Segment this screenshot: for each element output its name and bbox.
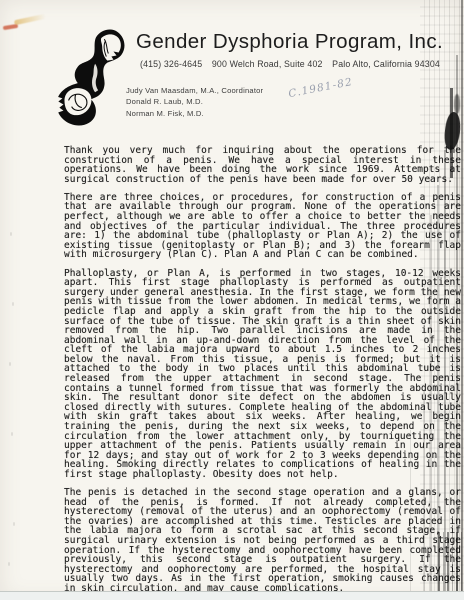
scanned-letter-page: Gender Dysphoria Program, Inc. (415) 326… (0, 0, 464, 600)
paragraph: Phalloplasty, or Plan A, is performed in… (64, 269, 461, 480)
scanner-bed-edge (0, 591, 464, 600)
paper-speck (10, 232, 12, 236)
phone-number: (415) 326-4645 (140, 59, 202, 69)
paragraph: The penis is detached in the second stag… (64, 488, 461, 594)
paper-speck (13, 522, 15, 526)
scan-streak (410, 430, 411, 600)
ink-blob-mark (454, 94, 460, 114)
scan-streak (461, 0, 463, 600)
yellow-crayon-mark (14, 14, 46, 26)
staff-member: Norman M. Fisk, M.D. (126, 108, 263, 119)
handwritten-date-annotation: C.1981-82 (287, 76, 354, 100)
staff-list: Judy Van Maasdam, M.A., Coordinator Dona… (126, 85, 263, 119)
letter-body: Thank you very much for inquiring about … (64, 146, 461, 600)
street-address: 900 Welch Road, Suite 402 (212, 59, 323, 69)
staff-member: Judy Van Maasdam, M.A., Coordinator (126, 85, 263, 96)
scan-streak-cluster (438, 532, 462, 594)
organization-name: Gender Dysphoria Program, Inc. (136, 30, 462, 54)
paper-speck (11, 432, 13, 436)
paper-speck (12, 302, 14, 306)
scan-streak (423, 390, 425, 600)
paper-speck (9, 362, 11, 366)
address-line: (415) 326-4645 900 Welch Road, Suite 402… (140, 59, 460, 69)
staff-member: Donald R. Laub, M.D. (126, 96, 263, 107)
abstract-two-profiles-logo-icon (54, 29, 126, 128)
scan-streak (430, 215, 432, 600)
paragraph: There are three choices, or procedures, … (64, 193, 461, 260)
paragraph: Thank you very much for inquiring about … (64, 146, 461, 184)
paper-speck (8, 562, 10, 566)
